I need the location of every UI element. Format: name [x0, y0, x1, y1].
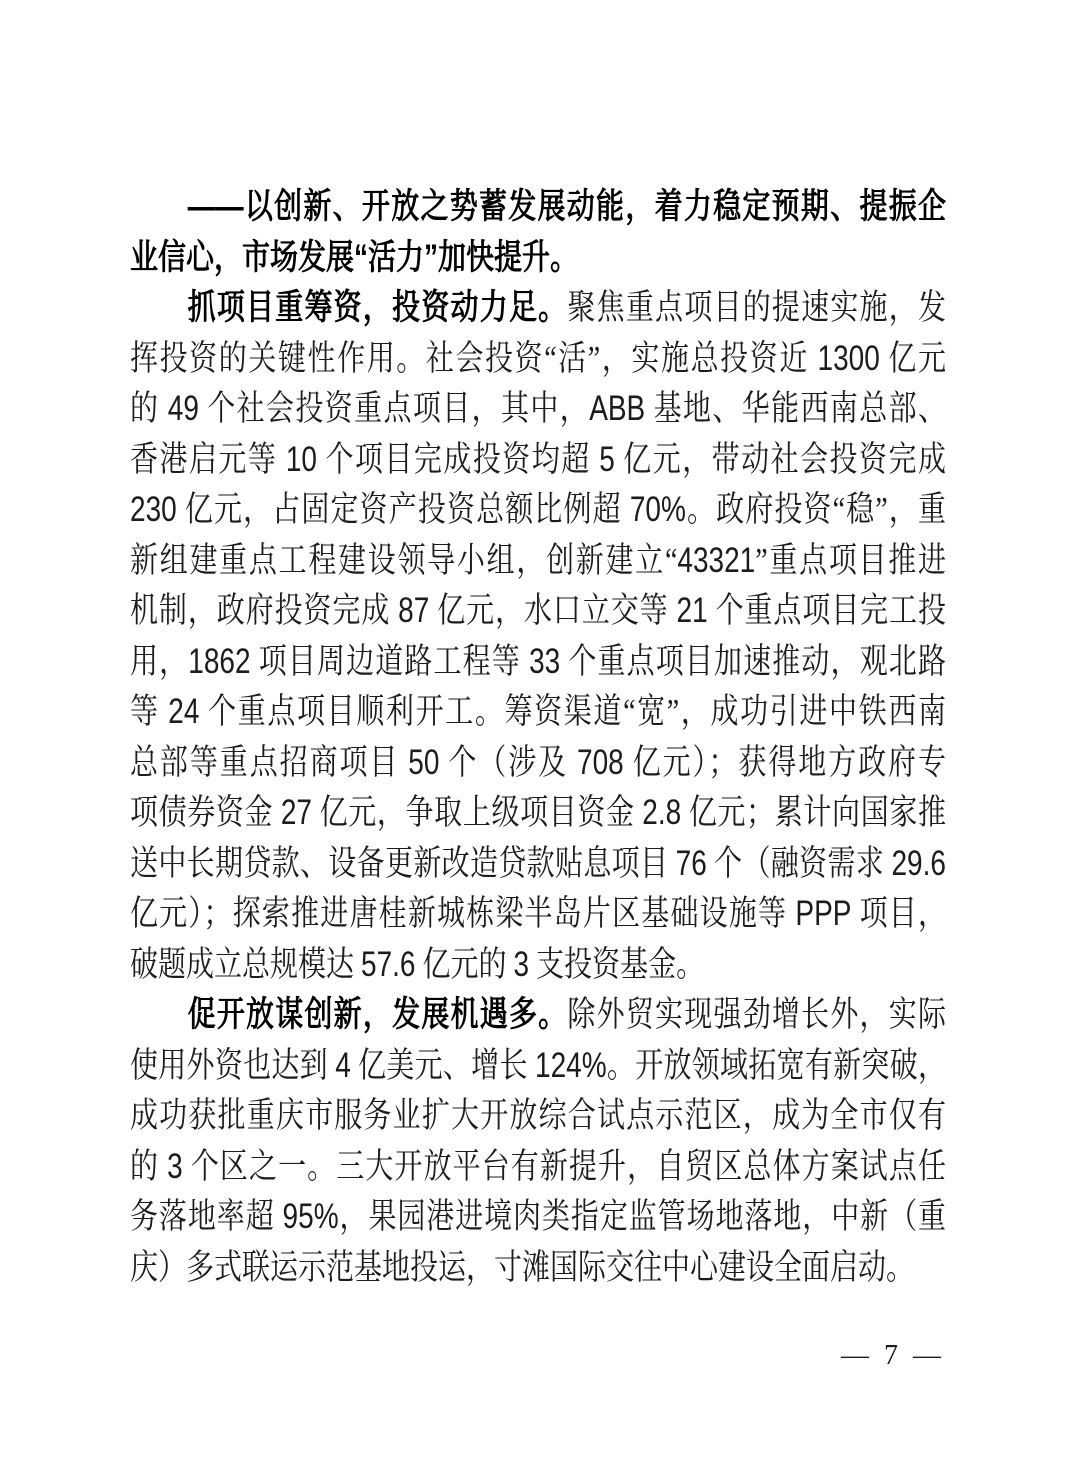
text-line: ——以创新、开放之势蓄发展动能，着力稳定预期、提振企: [130, 182, 946, 233]
body-text: 项债券资金 27 亿元，争取上级项目资金 2.8 亿元；累计向国家推: [130, 793, 946, 832]
body-text: 务落地率超 95%，果园港进境肉类指定监管场地落地，中新（重: [130, 1197, 946, 1236]
text-line: 总部等重点招商项目 50 个（涉及 708 亿元）；获得地方政府专: [130, 738, 946, 789]
body-text: 亿元）；探索推进唐桂新城栋梁半岛片区基础设施等 PPP 项目，: [130, 894, 946, 933]
latin-run: 43321: [677, 541, 755, 580]
latin-run: 49: [168, 389, 199, 428]
body-text: 香港启元等 10 个项目完成投资均超 5 亿元，带动社会投资完成: [130, 440, 946, 479]
latin-run: 50: [408, 743, 439, 782]
body-text: 送中长期贷款、设备更新改造贷款贴息项目 76 个（融资需求 29.6: [130, 844, 946, 883]
body-text: 使用外资也达到 4 亿美元、增长 124%。开放领域拓宽有新突破，: [130, 1046, 946, 1085]
text-line: 的 3 个区之一。三大开放平台有新提升，自贸区总体方案试点任: [130, 1142, 946, 1193]
latin-run: 1300: [818, 339, 880, 378]
latin-run: 708: [577, 743, 624, 782]
latin-run: 5: [599, 440, 615, 479]
body-text: 230 亿元，占固定资产投资总额比例超 70%。政府投资“稳”，重: [130, 490, 946, 529]
text-line: 促开放谋创新，发展机遇多。除外贸实现强劲增长外，实际: [130, 990, 946, 1041]
text-line: 送中长期贷款、设备更新改造贷款贴息项目 76 个（融资需求 29.6: [130, 839, 946, 890]
text-line: 使用外资也达到 4 亿美元、增长 124%。开放领域拓宽有新突破，: [130, 1041, 946, 1092]
document-text-block: ——以创新、开放之势蓄发展动能，着力稳定预期、提振企业信心，市场发展“活力”加快…: [130, 182, 946, 1293]
latin-run: 10: [286, 440, 317, 479]
text-line: 成功获批重庆市服务业扩大开放综合试点示范区，成为全市仅有: [130, 1091, 946, 1142]
latin-run: 3: [514, 945, 530, 984]
latin-run: 33: [529, 642, 560, 681]
text-line: 230 亿元，占固定资产投资总额比例超 70%。政府投资“稳”，重: [130, 485, 946, 536]
lead-emphasis-text: 业信心，市场发展“活力”加快提升。: [130, 238, 578, 277]
latin-run: 24: [168, 692, 199, 731]
paragraph-projects-financing: 抓项目重筹资，投资动力足。聚焦重点项目的提速实施，发挥投资的关键性作用。社会投资…: [130, 283, 946, 990]
text-line: 香港启元等 10 个项目完成投资均超 5 亿元，带动社会投资完成: [130, 435, 946, 486]
text-line: 业信心，市场发展“活力”加快提升。: [130, 233, 946, 284]
lead-emphasis-text: 抓项目重筹资，投资动力足。: [188, 288, 568, 327]
body-text: 机制，政府投资完成 87 亿元，水口立交等 21 个重点项目完工投: [130, 591, 946, 630]
latin-run: 87: [398, 591, 429, 630]
latin-run: 76: [676, 844, 707, 883]
latin-run: 230: [130, 490, 177, 529]
latin-run: 95%: [283, 1197, 339, 1236]
body-text: 新组建重点工程建设领导小组，创新建立“43321”重点项目推进: [130, 541, 946, 580]
latin-run: ABB: [589, 389, 645, 428]
latin-run: 2.8: [642, 793, 681, 832]
text-line: 庆）多式联运示范基地投运，寸滩国际交往中心建设全面启动。: [130, 1243, 946, 1294]
text-line: 等 24 个重点项目顺利开工。筹资渠道“宽”，成功引进中铁西南: [130, 687, 946, 738]
body-text: 庆）多式联运示范基地投运，寸滩国际交往中心建设全面启动。: [130, 1248, 914, 1287]
latin-run: 57.6: [361, 945, 416, 984]
text-line: 的 49 个社会投资重点项目，其中，ABB 基地、华能西南总部、: [130, 384, 946, 435]
text-line: 机制，政府投资完成 87 亿元，水口立交等 21 个重点项目完工投: [130, 586, 946, 637]
lead-emphasis-text: 促开放谋创新，发展机遇多。: [188, 995, 568, 1034]
text-line: 项债券资金 27 亿元，争取上级项目资金 2.8 亿元；累计向国家推: [130, 788, 946, 839]
latin-run: 4: [335, 1046, 351, 1085]
text-line: 新组建重点工程建设领导小组，创新建立“43321”重点项目推进: [130, 536, 946, 587]
text-line: 用，1862 项目周边道路工程等 33 个重点项目加速推动，观北路: [130, 637, 946, 688]
latin-run: 27: [281, 793, 312, 832]
latin-run: 1862: [188, 642, 250, 681]
paragraph-opening-innovation: 促开放谋创新，发展机遇多。除外贸实现强劲增长外，实际使用外资也达到 4 亿美元、…: [130, 990, 946, 1293]
body-text: 的 49 个社会投资重点项目，其中，ABB 基地、华能西南总部、: [130, 389, 946, 428]
body-text: 破题成立总规模达 57.6 亿元的 3 支投资基金。: [130, 945, 704, 984]
body-text: 用，1862 项目周边道路工程等 33 个重点项目加速推动，观北路: [130, 642, 946, 681]
latin-run: 3: [167, 1147, 183, 1186]
body-text: 成功获批重庆市服务业扩大开放综合试点示范区，成为全市仅有: [130, 1096, 946, 1135]
text-line: 挥投资的关键性作用。社会投资“活”，实施总投资近 1300 亿元: [130, 334, 946, 385]
latin-run: 29.6: [891, 844, 946, 883]
body-text: 的 3 个区之一。三大开放平台有新提升，自贸区总体方案试点任: [130, 1147, 946, 1186]
text-line: 抓项目重筹资，投资动力足。聚焦重点项目的提速实施，发: [130, 283, 946, 334]
paragraph-dash-summary: ——以创新、开放之势蓄发展动能，着力稳定预期、提振企业信心，市场发展“活力”加快…: [130, 182, 946, 283]
latin-run: 21: [677, 591, 708, 630]
latin-run: PPP: [795, 894, 851, 933]
page-number: — 7 —: [841, 1336, 945, 1376]
body-text: 等 24 个重点项目顺利开工。筹资渠道“宽”，成功引进中铁西南: [130, 692, 946, 731]
body-text: 除外贸实现强劲增长外，实际: [567, 995, 946, 1034]
document-page: ——以创新、开放之势蓄发展动能，着力稳定预期、提振企业信心，市场发展“活力”加快…: [0, 0, 1074, 1458]
text-line: 务落地率超 95%，果园港进境肉类指定监管场地落地，中新（重: [130, 1192, 946, 1243]
latin-run: 70%: [630, 490, 686, 529]
body-text: 总部等重点招商项目 50 个（涉及 708 亿元）；获得地方政府专: [130, 743, 946, 782]
lead-emphasis-text: ——以创新、开放之势蓄发展动能，着力稳定预期、提振企: [188, 187, 946, 226]
body-text: 挥投资的关键性作用。社会投资“活”，实施总投资近 1300 亿元: [130, 339, 946, 378]
body-text: 聚焦重点项目的提速实施，发: [567, 288, 946, 327]
text-line: 破题成立总规模达 57.6 亿元的 3 支投资基金。: [130, 940, 946, 991]
latin-run: 124%: [535, 1046, 607, 1085]
text-line: 亿元）；探索推进唐桂新城栋梁半岛片区基础设施等 PPP 项目，: [130, 889, 946, 940]
